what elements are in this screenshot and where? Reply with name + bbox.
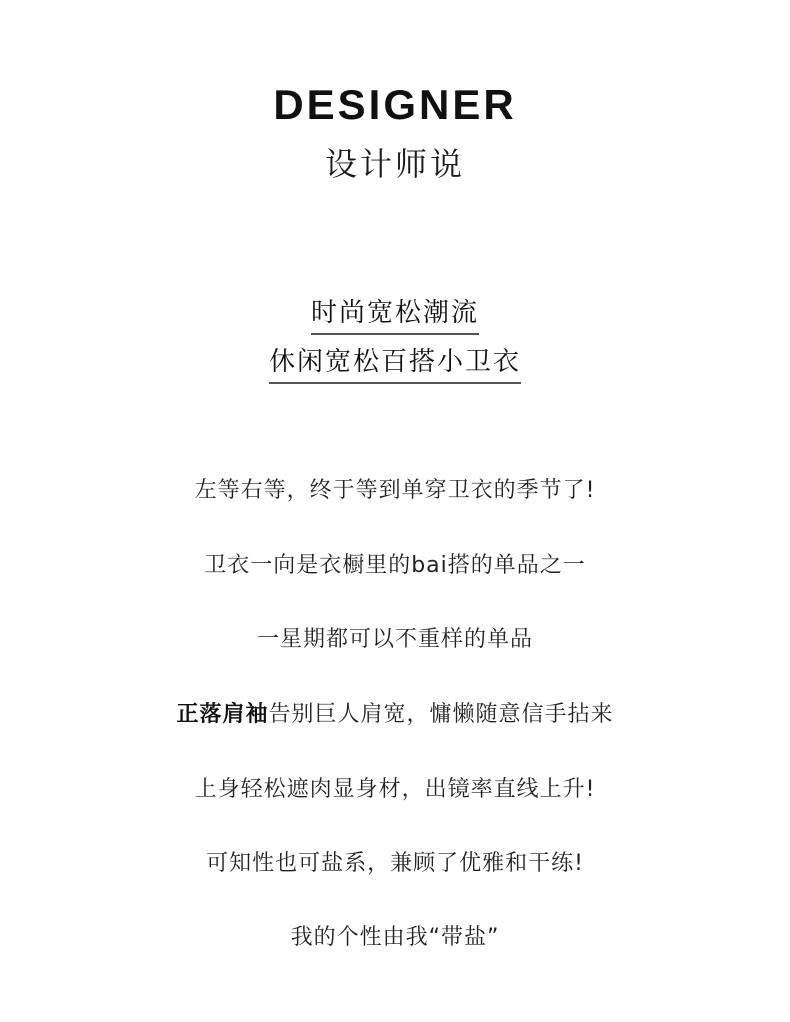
designer-notes-page: DESIGNER 设计师说 时尚宽松潮流 休闲宽松百搭小卫衣 左等右等，终于等到…	[0, 0, 790, 1022]
body-line-6: 可知性也可盐系，兼顾了优雅和干练!	[0, 849, 790, 879]
headline-2-text: 休闲宽松百搭小卫衣	[269, 344, 521, 384]
headline-1-text: 时尚宽松潮流	[311, 295, 479, 335]
body-line-2: 卫衣一向是衣橱里的bai搭的单品之一	[0, 551, 790, 581]
title-chinese: 设计师说	[0, 142, 790, 186]
headline-1: 时尚宽松潮流	[0, 295, 790, 335]
body-line-7: 我的个性由我“带盐”	[0, 923, 790, 953]
body-line-4: 正落肩袖告别巨人肩宽，慵懒随意信手拈来	[0, 700, 790, 730]
body-line-5: 上身轻松遮肉显身材，出镜率直线上升!	[0, 775, 790, 805]
body-line-1: 左等右等，终于等到单穿卫衣的季节了!	[0, 476, 790, 506]
title-english: DESIGNER	[0, 80, 790, 130]
body-line-4-emphasis: 正落肩袖	[176, 702, 268, 727]
body-line-3: 一星期都可以不重样的单品	[0, 625, 790, 655]
body-line-4-rest: 告别巨人肩宽，慵懒随意信手拈来	[269, 702, 614, 727]
headline-2: 休闲宽松百搭小卫衣	[0, 344, 790, 384]
